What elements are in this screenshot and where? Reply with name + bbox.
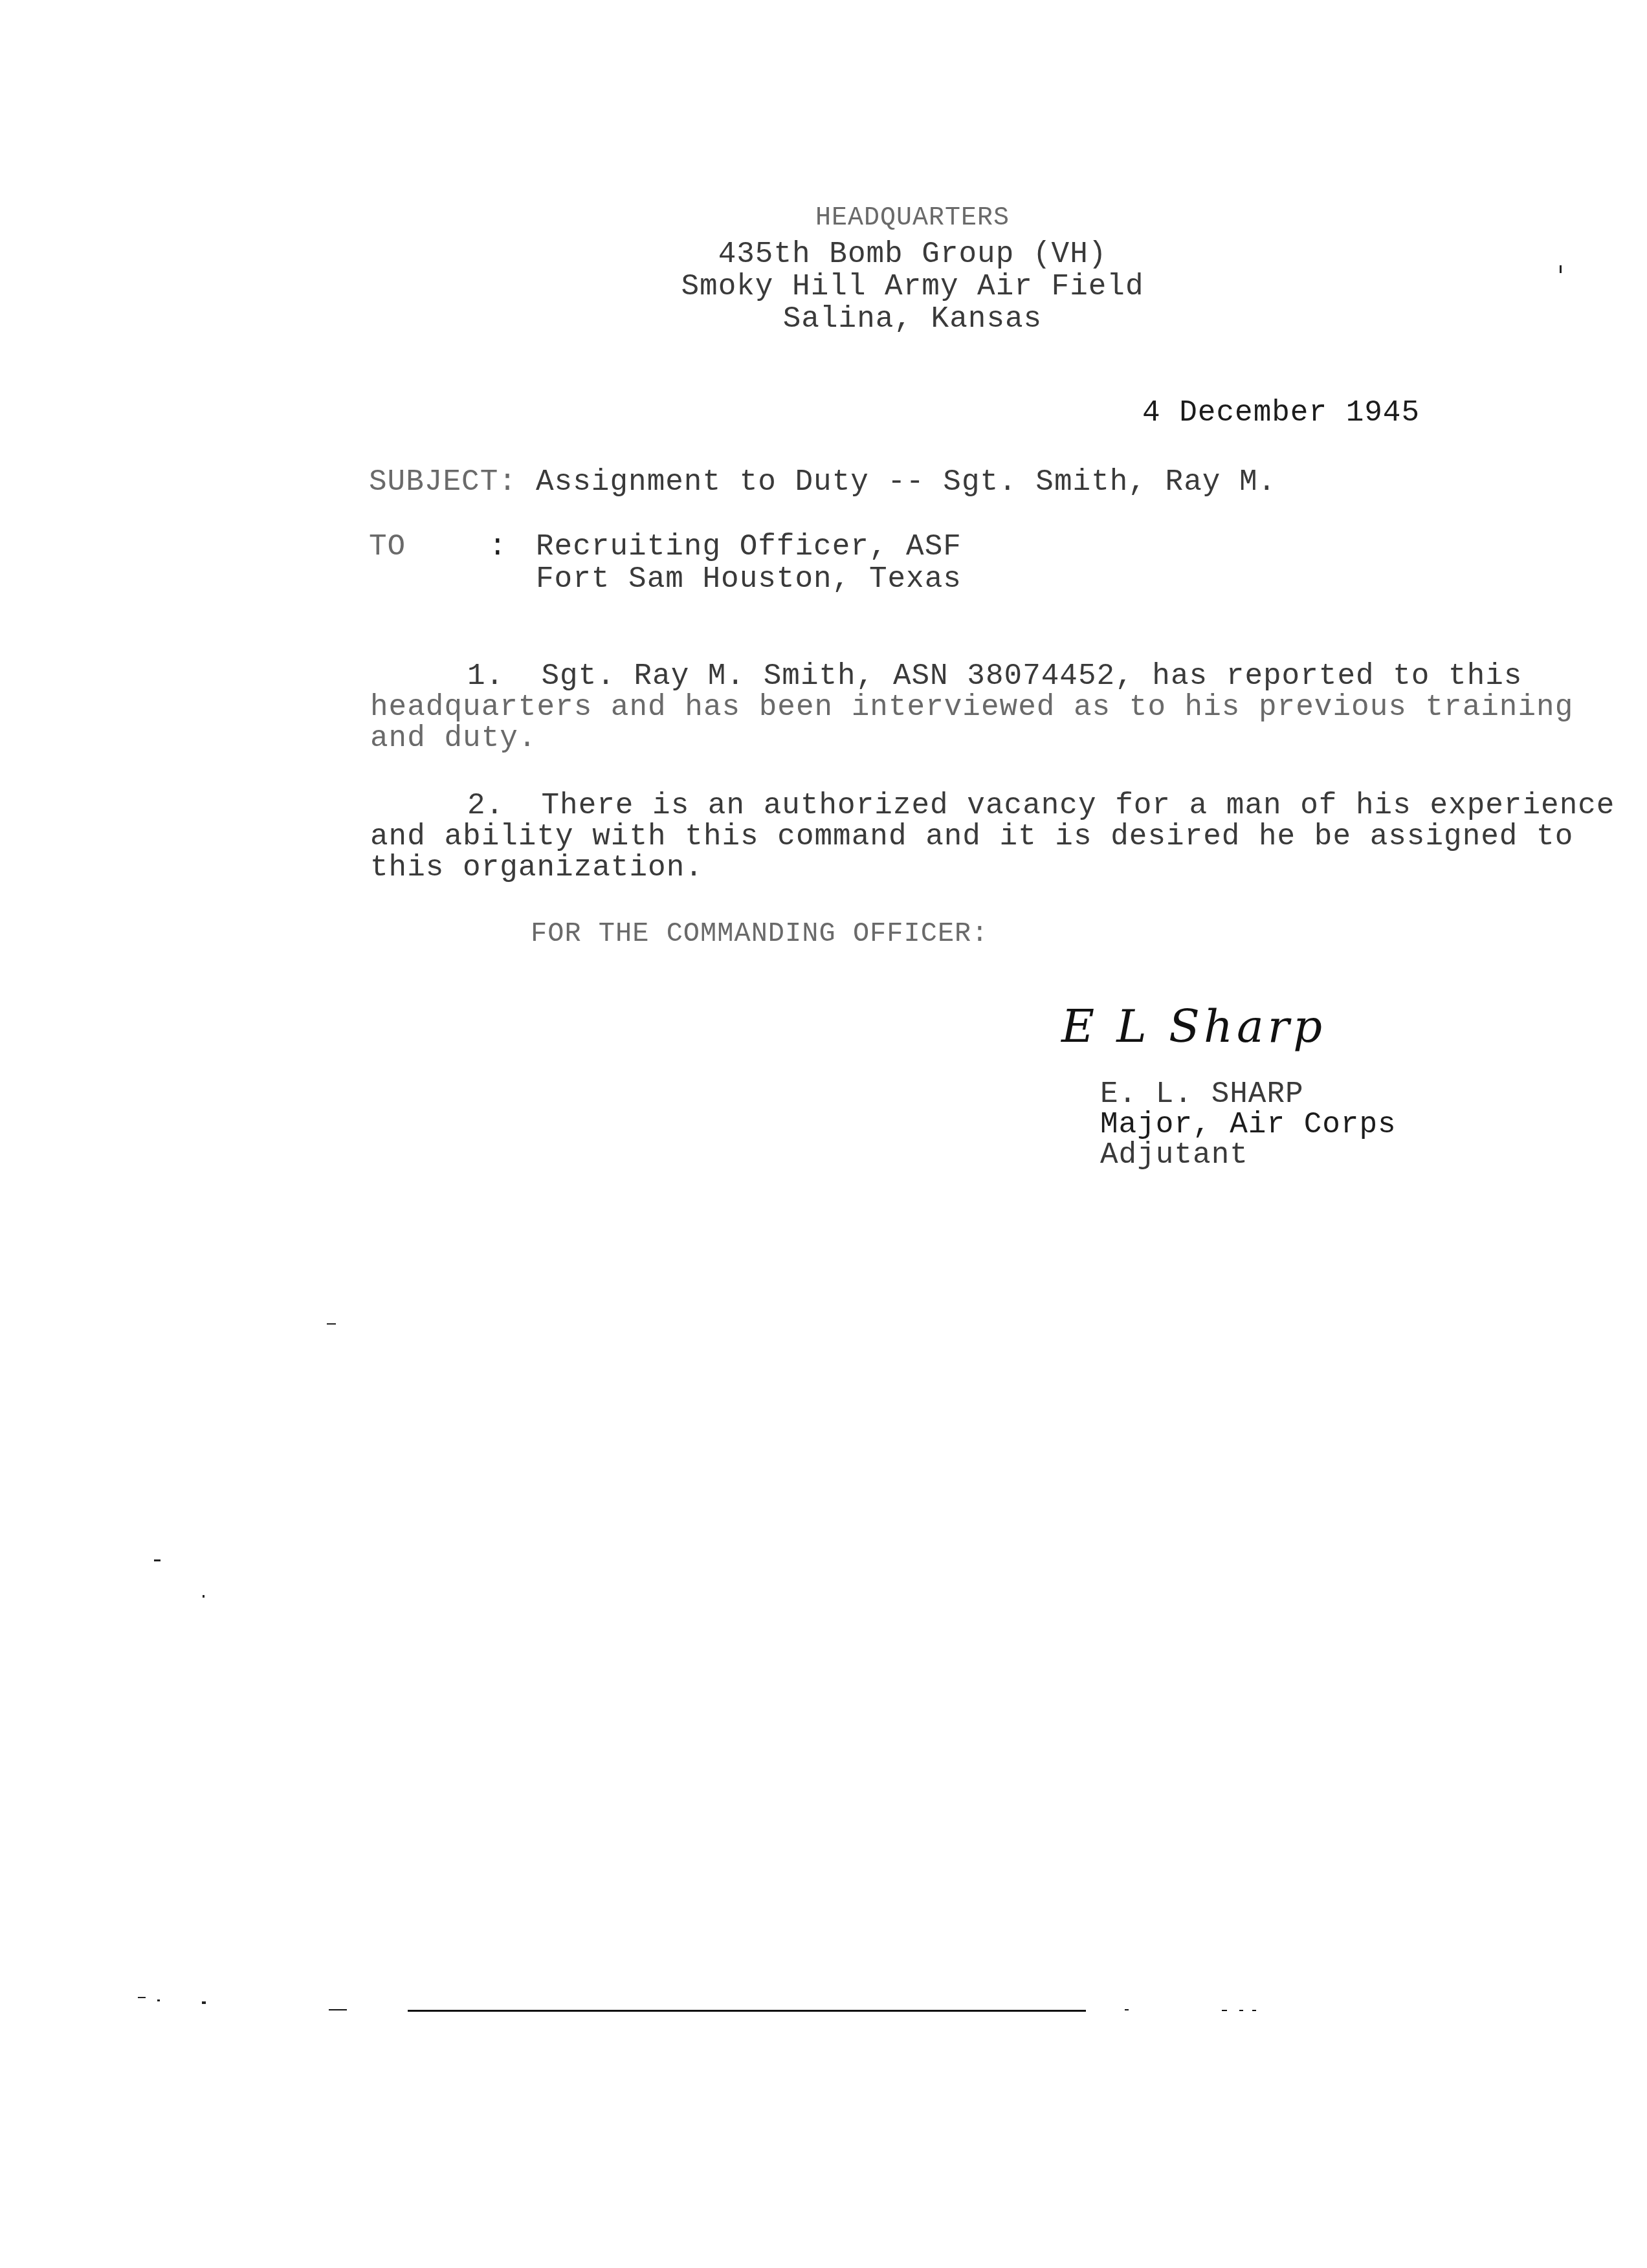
bottom-rule: [408, 2010, 1086, 2012]
paragraph-2-line-1: 2. There is an authorized vacancy for a …: [467, 791, 1615, 820]
to-recipient: Recruiting Officer, ASF: [536, 532, 962, 562]
letterhead-headquarters: HEADQUARTERS: [815, 206, 1010, 232]
scan-speck: [154, 1559, 160, 1561]
bottom-rule-segment: [329, 2009, 347, 2010]
closing-line: FOR THE COMMANDING OFFICER:: [531, 920, 989, 947]
handwritten-signature: E L Sharp: [1061, 1000, 1326, 1053]
scan-speck: [157, 1999, 160, 2001]
scan-speck: [138, 1997, 146, 1998]
paragraph-1-line-1: 1. Sgt. Ray M. Smith, ASN 38074452, has …: [467, 661, 1522, 691]
to-label: TO: [369, 532, 406, 562]
signer-name: E. L. SHARP: [1100, 1079, 1304, 1109]
scan-speck: [203, 1595, 204, 1598]
bottom-rule-segment: [1222, 2010, 1227, 2011]
letterhead-location: Salina, Kansas: [783, 304, 1042, 334]
signer-rank: Major, Air Corps: [1100, 1110, 1397, 1140]
subject-value: Assignment to Duty -- Sgt. Smith, Ray M.: [536, 467, 1276, 497]
bottom-rule-segment: [1125, 2009, 1129, 2010]
bottom-rule-segment: [1239, 2010, 1243, 2011]
memo-date: 4 December 1945: [1142, 398, 1420, 428]
bottom-rule-segment: [1252, 2010, 1256, 2011]
to-colon: :: [489, 532, 507, 562]
scan-speck: [1560, 265, 1562, 273]
letterhead-unit: 435th Bomb Group (VH): [718, 239, 1107, 269]
memo-page: HEADQUARTERS 435th Bomb Group (VH) Smoky…: [0, 0, 1647, 2268]
paragraph-2-line-3: this organization.: [370, 853, 703, 883]
subject-label: SUBJECT:: [369, 467, 517, 497]
paragraph-1-line-3: and duty.: [370, 723, 536, 753]
scan-speck: [202, 2001, 206, 2004]
letterhead-base: Smoky Hill Army Air Field: [681, 272, 1144, 302]
to-address: Fort Sam Houston, Texas: [536, 564, 962, 594]
paragraph-1-line-2: headquarters and has been interviewed as…: [370, 692, 1573, 722]
scan-speck: [327, 1323, 336, 1325]
paragraph-2-line-2: and ability with this command and it is …: [370, 822, 1573, 852]
signer-title: Adjutant: [1100, 1140, 1248, 1170]
